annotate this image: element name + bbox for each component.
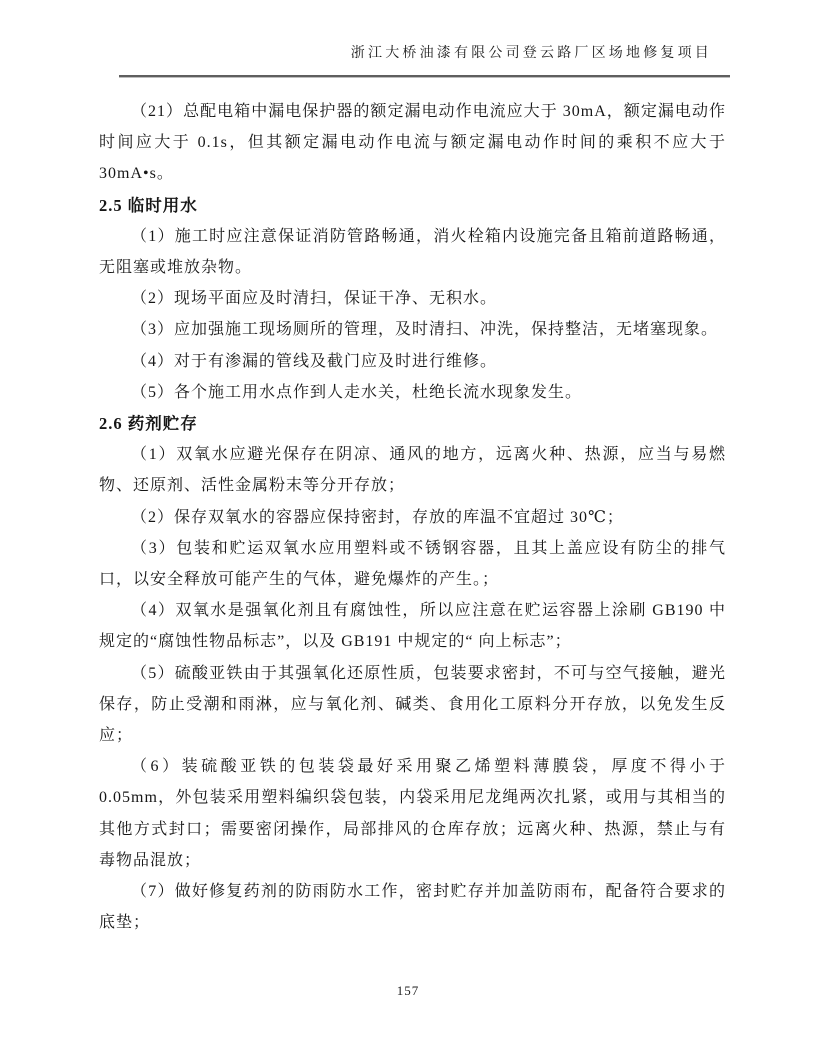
paragraph-2-6-7: （7）做好修复药剂的防雨防水工作，密封贮存并加盖防雨布，配备符合要求的底垫； — [99, 876, 726, 938]
page-number: 157 — [397, 983, 420, 998]
paragraph-2-6-2: （2）保存双氧水的容器应保持密封，存放的库温不宜超过 30℃； — [99, 502, 726, 533]
paragraph-2-5-5: （5）各个施工用水点作到人走水关，杜绝长流水现象发生。 — [99, 377, 726, 408]
paragraph-2-6-3: （3）包装和贮运双氧水应用塑料或不锈钢容器，且其上盖应设有防尘的排气口，以安全释… — [99, 533, 726, 595]
section-heading-2-6: 2.6 药剂贮存 — [99, 408, 726, 439]
paragraph-2-6-4: （4）双氧水是强氧化剂且有腐蚀性，所以应注意在贮运容器上涂刷 GB190 中规定… — [99, 595, 726, 657]
header-rule — [119, 75, 730, 78]
page-footer: 157 — [0, 983, 816, 999]
paragraph-2-6-5: （5）硫酸亚铁由于其强氧化还原性质，包装要求密封，不可与空气接触，避光保存，防止… — [99, 658, 726, 752]
paragraph-2-5-3: （3）应加强施工现场厕所的管理，及时清扫、冲洗，保持整洁，无堵塞现象。 — [99, 314, 726, 345]
page-header: 浙江大桥油漆有限公司登云路厂区场地修复项目 — [119, 44, 730, 78]
paragraph-2-6-1: （1）双氧水应避光保存在阴凉、通风的地方，远离火种、热源，应当与易燃物、还原剂、… — [99, 439, 726, 501]
paragraph-2-5-2: （2）现场平面应及时清扫，保证干净、无积水。 — [99, 283, 726, 314]
document-page: 浙江大桥油漆有限公司登云路厂区场地修复项目 （21）总配电箱中漏电保护器的额定漏… — [0, 0, 816, 1056]
paragraph-2-5-1: （1）施工时应注意保证消防管路畅通，消火栓箱内设施完备且箱前道路畅通，无阻塞或堆… — [99, 221, 726, 283]
header-title: 浙江大桥油漆有限公司登云路厂区场地修复项目 — [119, 44, 730, 63]
paragraph-2-6-6: （6）装硫酸亚铁的包装袋最好采用聚乙烯塑料薄膜袋，厚度不得小于 0.05mm，外… — [99, 751, 726, 876]
paragraph-2-5-4: （4）对于有渗漏的管线及截门应及时进行维修。 — [99, 346, 726, 377]
paragraph-21: （21）总配电箱中漏电保护器的额定漏电动作电流应大于 30mA，额定漏电动作时间… — [99, 96, 726, 190]
document-body: （21）总配电箱中漏电保护器的额定漏电动作电流应大于 30mA，额定漏电动作时间… — [99, 96, 726, 938]
section-heading-2-5: 2.5 临时用水 — [99, 190, 726, 221]
